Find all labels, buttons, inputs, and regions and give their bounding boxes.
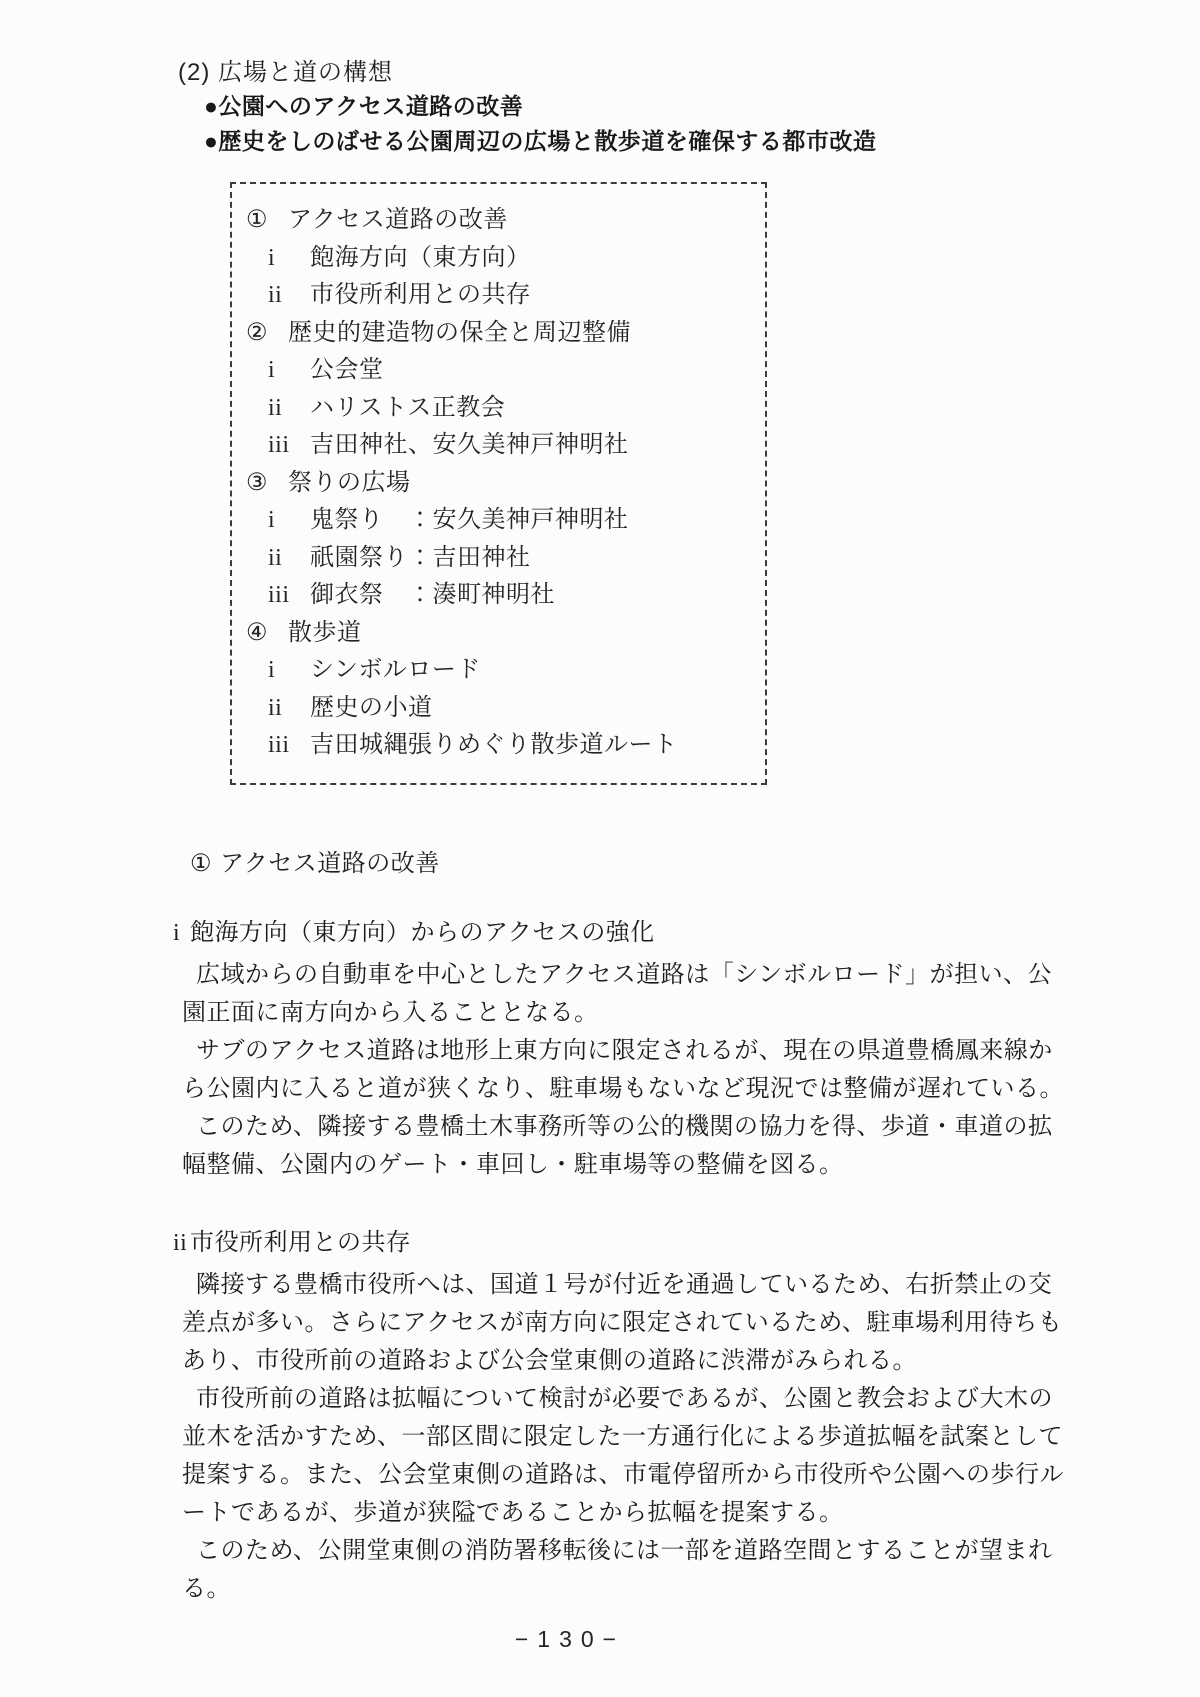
- subsection-1-heading: ①アクセス道路の改善: [190, 843, 440, 878]
- outline-item-text: 吉田神社、安久美神戸神明社: [310, 432, 629, 458]
- bullet-item-urban-remodel: ●歴史をしのばせる公園周辺の広場と散歩道を確保する都市改造: [204, 123, 876, 156]
- outline-item: iii御衣祭 ：湊町神明社: [268, 577, 765, 615]
- outline-item: iii吉田神社、安久美神戸神明社: [268, 427, 765, 465]
- outline-item-text: 鬼祭り ：安久美神戸神明社: [310, 507, 629, 533]
- paragraph-line: 広域からの自動車を中心としたアクセス道路は「シンボルロード」が担い、公: [182, 956, 1078, 994]
- outline-item: i公会堂: [268, 352, 765, 390]
- subsection-1-title: アクセス道路の改善: [220, 850, 440, 877]
- paragraph-line: 園正面に南方向から入ることとなる。: [182, 994, 1078, 1032]
- subsection-i-title: 飽海方向（東方向）からのアクセスの強化: [190, 919, 655, 946]
- outline-item-marker: iii: [268, 427, 302, 465]
- subsection-i-body: 広域からの自動車を中心としたアクセス道路は「シンボルロード」が担い、公 園正面に…: [182, 956, 1078, 1184]
- paragraph-line: 提案する。また、公会堂東側の道路は、市電停留所から市役所や公園への歩行ル: [182, 1456, 1078, 1494]
- outline-item-marker: i: [268, 502, 302, 540]
- outline-item-marker: ii: [268, 390, 302, 428]
- outline-item-text: 祭りの広場: [288, 470, 411, 496]
- paragraph-line: あり、市役所前の道路および公会堂東側の道路に渋滞がみられる。: [182, 1342, 1078, 1380]
- subsection-i: i飽海方向（東方向）からのアクセスの強化 広域からの自動車を中心としたアクセス道…: [173, 914, 1078, 1184]
- subsection-ii-title: 市役所利用との共存: [190, 1229, 411, 1256]
- outline-item-text: 公会堂: [310, 357, 384, 383]
- outline-item-text: 吉田城縄張りめぐり散歩道ルート: [310, 732, 678, 758]
- outline-item-marker: ②: [246, 315, 274, 353]
- paragraph-line: 差点が多い。さらにアクセスが南方向に限定されているため、駐車場利用待ちも: [182, 1304, 1078, 1342]
- subsection-ii-marker: ii: [173, 1224, 190, 1262]
- section-heading: (2) 広場と道の構想: [178, 52, 393, 87]
- paragraph-line: このため、公開堂東側の消防署移転後には一部を道路空間とすることが望まれ: [182, 1532, 1078, 1570]
- page-number: −130−: [0, 1626, 1140, 1653]
- outline-item: ③祭りの広場: [246, 465, 765, 503]
- paragraph-line: 幅整備、公園内のゲート・車回し・駐車場等の整備を図る。: [182, 1146, 1078, 1184]
- subsection-ii: ii市役所利用との共存 隣接する豊橋市役所へは、国道１号が付近を通過しているため…: [173, 1224, 1078, 1608]
- outline-item-marker: iii: [268, 577, 302, 615]
- outline-item-marker: iii: [268, 727, 302, 765]
- subsection-ii-heading: ii市役所利用との共存: [173, 1224, 1078, 1266]
- outline-item-text: 祇園祭り：吉田神社: [310, 545, 531, 571]
- paragraph-line: サブのアクセス道路は地形上東方向に限定されるが、現在の県道豊橋鳳来線か: [182, 1032, 1078, 1070]
- outline-item: iii吉田城縄張りめぐり散歩道ルート: [268, 727, 765, 765]
- outline-item: iシンボルロード: [268, 652, 765, 690]
- outline-item-marker: ①: [246, 202, 274, 240]
- paragraph-line: る。: [182, 1570, 1078, 1608]
- outline-item: i鬼祭り ：安久美神戸神明社: [268, 502, 765, 540]
- outline-item: ii祇園祭り：吉田神社: [268, 540, 765, 578]
- outline-item-marker: i: [268, 240, 302, 278]
- document-page: (2) 広場と道の構想 ●公園へのアクセス道路の改善 ●歴史をしのばせる公園周辺…: [0, 0, 1200, 1697]
- outline-item-text: シンボルロード: [310, 657, 481, 683]
- outline-item-text: 御衣祭 ：湊町神明社: [310, 582, 555, 608]
- outline-item-text: ハリストス正教会: [310, 395, 505, 421]
- outline-item-marker: ii: [268, 540, 302, 578]
- subsection-i-heading: i飽海方向（東方向）からのアクセスの強化: [173, 914, 1078, 956]
- paragraph-line: このため、隣接する豊橋土木事務所等の公的機関の協力を得、歩道・車道の拡: [182, 1108, 1078, 1146]
- outline-item-marker: i: [268, 652, 302, 690]
- outline-item: ①アクセス道路の改善: [246, 202, 765, 240]
- outline-item-text: 歴史の小道: [310, 695, 433, 721]
- outline-item: ④散歩道: [246, 615, 765, 653]
- paragraph-line: 並木を活かすため、一部区間に限定した一方通行化による歩道拡幅を試案として: [182, 1418, 1078, 1456]
- outline-item: iiハリストス正教会: [268, 390, 765, 428]
- subsection-1-marker: ①: [190, 850, 212, 877]
- outline-item-text: アクセス道路の改善: [288, 207, 508, 233]
- paragraph-line: 市役所前の道路は拡幅について検討が必要であるが、公園と教会および大木の: [182, 1380, 1078, 1418]
- outline-item-marker: i: [268, 352, 302, 390]
- outline-item-text: 散歩道: [288, 620, 362, 646]
- paragraph-line: ら公園内に入ると道が狭くなり、駐車場もないなど現況では整備が遅れている。: [182, 1070, 1078, 1108]
- outline-item-text: 市役所利用との共存: [310, 282, 531, 308]
- outline-item-text: 飽海方向（東方向）: [310, 245, 531, 271]
- subsection-i-marker: i: [173, 914, 190, 952]
- outline-box: ①アクセス道路の改善 i飽海方向（東方向） ii市役所利用との共存 ②歴史的建造…: [230, 182, 767, 785]
- outline-item: ii歴史の小道: [268, 690, 765, 728]
- outline-item-text: 歴史的建造物の保全と周辺整備: [288, 320, 631, 346]
- outline-item-marker: ii: [268, 690, 302, 728]
- paragraph-line: ートであるが、歩道が狭隘であることから拡幅を提案する。: [182, 1494, 1078, 1532]
- outline-item: ii市役所利用との共存: [268, 277, 765, 315]
- outline-item: ②歴史的建造物の保全と周辺整備: [246, 315, 765, 353]
- outline-item-marker: ③: [246, 465, 274, 503]
- paragraph-line: 隣接する豊橋市役所へは、国道１号が付近を通過しているため、右折禁止の交: [182, 1266, 1078, 1304]
- subsection-ii-body: 隣接する豊橋市役所へは、国道１号が付近を通過しているため、右折禁止の交 差点が多…: [182, 1266, 1078, 1608]
- outline-item-marker: ii: [268, 277, 302, 315]
- outline-item: i飽海方向（東方向）: [268, 240, 765, 278]
- outline-item-marker: ④: [246, 615, 274, 653]
- bullet-item-access-road: ●公園へのアクセス道路の改善: [204, 88, 523, 121]
